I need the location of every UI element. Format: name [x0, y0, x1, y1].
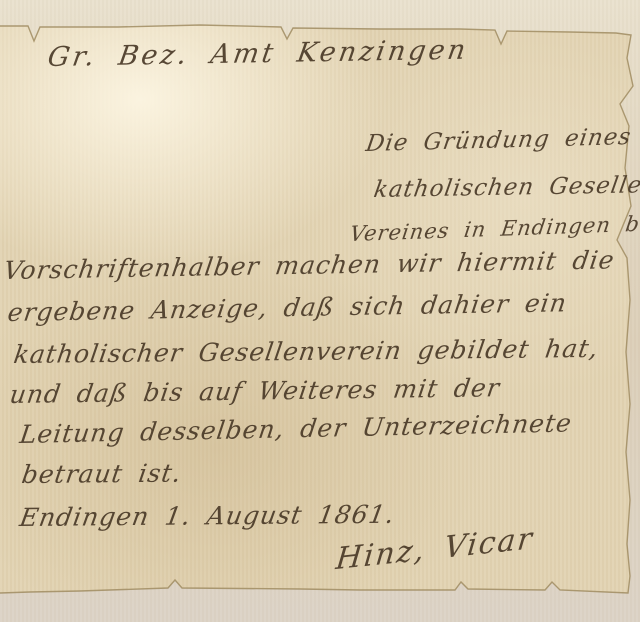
dateline: Endingen 1. August 1861.	[18, 500, 398, 532]
letter-photograph: Gr. Bez. Amt Kenzingen Die Gründung eine…	[0, 0, 640, 622]
body-line-3: katholischer Gesellenverein gebildet hat…	[12, 334, 601, 369]
body-line-6: betraut ist.	[20, 459, 184, 489]
subject-line-2: katholischen Gesellen	[372, 172, 640, 203]
